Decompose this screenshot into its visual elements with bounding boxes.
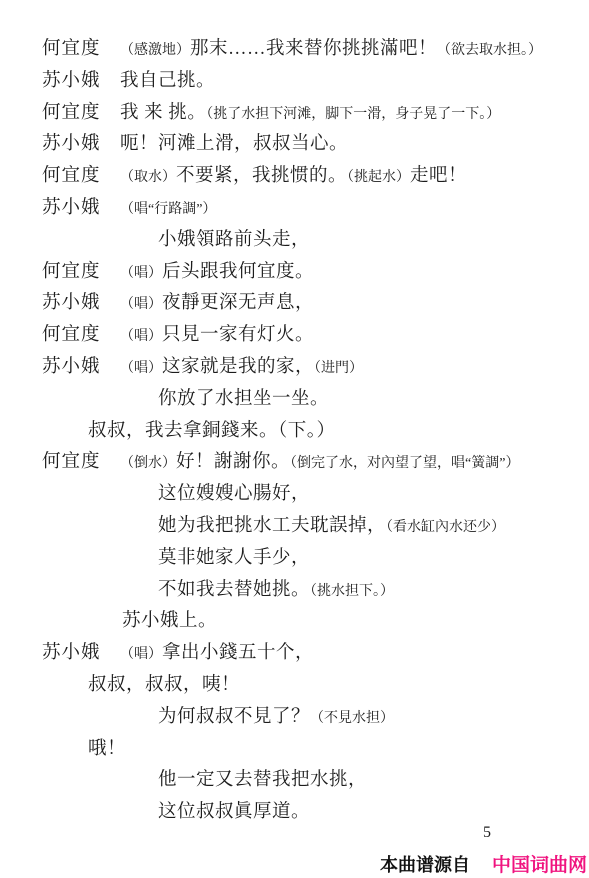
line-text: 这位叔叔眞厚道。 (158, 802, 310, 822)
text-segment: 小娥領路前头走， (158, 230, 310, 250)
text-segment: （看水缸內水还少） (386, 520, 505, 535)
line-text: 哦！ (88, 739, 126, 759)
line-text: 为何叔叔不見了？（不見水担） (158, 707, 394, 727)
line-text: （取水）不要紧，我挑惯的。（挑起水）走吧！ (120, 166, 467, 186)
script-line: 莫非她家人手少， (42, 543, 579, 575)
script-line: 何宜度（唱）只見一家有灯火。 (42, 320, 579, 352)
text-segment: （进門） (314, 361, 363, 376)
speaker-label: 苏小娥 (42, 193, 120, 225)
text-segment: 哦！ (88, 739, 126, 759)
text-segment: 你放了水担坐一坐。 (158, 389, 329, 409)
text-segment: 只見一家有灯火。 (162, 325, 314, 345)
text-segment: （欲去取水担。） (437, 43, 542, 58)
text-segment: （不見水担） (310, 711, 394, 726)
text-segment: 走吧！ (410, 166, 467, 186)
text-segment: 叔叔，我去拿銅錢来。（下。） (88, 421, 336, 441)
text-segment: （倒水） (120, 456, 176, 471)
script-line: 何宜度（感激地）那末……我来替你挑挑滿吧！（欲去取水担。） (42, 34, 579, 66)
script-line: 不如我去替她挑。（挑水担下。） (42, 575, 579, 607)
text-segment: 为何叔叔不見了？ (158, 707, 310, 727)
text-segment: 她为我把挑水工夫耽誤掉， (158, 516, 386, 536)
speaker-label: 何宜度 (42, 161, 120, 193)
speaker-label: 何宜度 (42, 34, 120, 66)
speaker-label: 苏小娥 (42, 288, 120, 320)
text-segment: 好！謝謝你。 (176, 452, 290, 472)
script-line: 你放了水担坐一坐。 (42, 384, 579, 416)
script-line: 哦！ (42, 734, 579, 766)
text-segment: 我自己挑。 (120, 71, 215, 91)
line-text: （感激地）那末……我来替你挑挑滿吧！（欲去取水担。） (120, 39, 542, 59)
line-text: （唱）拿出小錢五十个， (120, 643, 314, 663)
script-line: 何宜度（唱）后头跟我何宜度。 (42, 257, 579, 289)
script-line: 她为我把挑水工夫耽誤掉，（看水缸內水还少） (42, 511, 579, 543)
line-text: 叔叔，叔叔，咦！ (88, 675, 240, 695)
watermark-prefix: 本曲谱源自 (380, 855, 470, 875)
script-line: 为何叔叔不見了？（不見水担） (42, 702, 579, 734)
script-line: 苏小娥上。 (42, 606, 579, 638)
speaker-label: 何宜度 (42, 447, 120, 479)
line-text: 我自己挑。 (120, 71, 215, 91)
line-text: （唱）夜靜更深无声息， (120, 293, 314, 313)
text-segment: 叔叔，叔叔，咦！ (88, 675, 240, 695)
speaker-label: 何宜度 (42, 257, 120, 289)
script-line: 何宜度（取水）不要紧，我挑惯的。（挑起水）走吧！ (42, 161, 579, 193)
script-line: 苏小娥（唱）夜靜更深无声息， (42, 288, 579, 320)
text-segment: （唱） (120, 329, 162, 344)
text-segment: （唱） (120, 361, 162, 376)
speaker-label: 苏小娥 (42, 129, 120, 161)
line-text: 莫非她家人手少， (158, 548, 310, 568)
script-line: 小娥領路前头走， (42, 225, 579, 257)
line-text: 他一定又去替我把水挑， (158, 770, 367, 790)
text-segment: （感激地） (120, 43, 190, 58)
script-line: 苏小娥（唱）这家就是我的家，（进門） (42, 352, 579, 384)
text-segment: 呃！河滩上滑，叔叔当心。 (120, 134, 348, 154)
script-line: 他一定又去替我把水挑， (42, 765, 579, 797)
line-text: 苏小娥上。 (122, 611, 217, 631)
script-line: 这位叔叔眞厚道。 (42, 797, 579, 829)
line-text: （唱“行路調”） (120, 198, 216, 218)
text-segment: 他一定又去替我把水挑， (158, 770, 367, 790)
text-segment: （挑了水担下河滩，脚下一滑，身子晃了一下。） (206, 107, 500, 122)
text-segment: （取水） (120, 170, 176, 185)
script-line: 何宜度（倒水）好！謝謝你。（倒完了水，对內望了望，唱“簧調”） (42, 447, 579, 479)
line-text: 你放了水担坐一坐。 (158, 389, 329, 409)
text-segment: 我 来 挑。 (120, 103, 206, 123)
text-segment: 莫非她家人手少， (158, 548, 310, 568)
speaker-label: 苏小娥 (42, 638, 120, 670)
page-number: 5 (483, 824, 491, 842)
text-segment: 这位叔叔眞厚道。 (158, 802, 310, 822)
text-segment: （唱） (120, 297, 162, 312)
text-segment: 不如我去替她挑。 (158, 580, 310, 600)
line-text: 叔叔，我去拿銅錢来。（下。） (88, 421, 336, 441)
script-line: 何宜度我 来 挑。（挑了水担下河滩，脚下一滑，身子晃了一下。） (42, 98, 579, 130)
speaker-label: 苏小娥 (42, 352, 120, 384)
script-line: 这位嫂嫂心腸好， (42, 479, 579, 511)
text-segment: 夜靜更深无声息， (162, 293, 314, 313)
script-line: 苏小娥我自己挑。 (42, 66, 579, 98)
text-segment: 这家就是我的家， (162, 357, 314, 377)
script-line: 叔叔，叔叔，咦！ (42, 670, 579, 702)
text-segment: 这位嫂嫂心腸好， (158, 484, 310, 504)
text-segment: 苏小娥上。 (122, 611, 217, 631)
line-text: （倒水）好！謝謝你。（倒完了水，对內望了望，唱“簧調”） (120, 452, 519, 472)
text-segment: （倒完了水，对內望了望，唱“簧調”） (290, 456, 519, 471)
text-segment: 拿出小錢五十个， (162, 643, 314, 663)
text-segment: （唱“行路調”） (120, 202, 216, 217)
speaker-label: 苏小娥 (42, 66, 120, 98)
line-text: （唱）后头跟我何宜度。 (120, 262, 314, 282)
speaker-label: 何宜度 (42, 98, 120, 130)
line-text: 小娥領路前头走， (158, 230, 310, 250)
line-text: 呃！河滩上滑，叔叔当心。 (120, 134, 348, 154)
line-text: 不如我去替她挑。（挑水担下。） (158, 580, 394, 600)
text-segment: （唱） (120, 647, 162, 662)
text-segment: 后头跟我何宜度。 (162, 262, 314, 282)
text-segment: （唱） (120, 266, 162, 281)
line-text: （唱）这家就是我的家，（进門） (120, 357, 363, 377)
watermark: 本曲谱源自中国词曲网 (380, 850, 587, 877)
script-line: 苏小娥（唱）拿出小錢五十个， (42, 638, 579, 670)
script-body: 何宜度（感激地）那末……我来替你挑挑滿吧！（欲去取水担。）苏小娥我自己挑。何宜度… (42, 34, 579, 829)
script-line: 苏小娥呃！河滩上滑，叔叔当心。 (42, 129, 579, 161)
text-segment: （挑水担下。） (310, 584, 394, 599)
line-text: 我 来 挑。（挑了水担下河滩，脚下一滑，身子晃了一下。） (120, 103, 500, 123)
line-text: 她为我把挑水工夫耽誤掉，（看水缸內水还少） (158, 516, 505, 536)
text-segment: （挑起水） (347, 170, 410, 185)
script-line: 叔叔，我去拿銅錢来。（下。） (42, 416, 579, 448)
script-page: 何宜度（感激地）那末……我来替你挑挑滿吧！（欲去取水担。）苏小娥我自己挑。何宜度… (0, 0, 589, 878)
speaker-label: 何宜度 (42, 320, 120, 352)
watermark-site: 中国词曲网 (492, 855, 587, 876)
line-text: 这位嫂嫂心腸好， (158, 484, 310, 504)
line-text: （唱）只見一家有灯火。 (120, 325, 314, 345)
script-line: 苏小娥（唱“行路調”） (42, 193, 579, 225)
text-segment: 那末……我来替你挑挑滿吧！ (190, 39, 437, 59)
text-segment: 不要紧，我挑惯的。 (176, 166, 347, 186)
